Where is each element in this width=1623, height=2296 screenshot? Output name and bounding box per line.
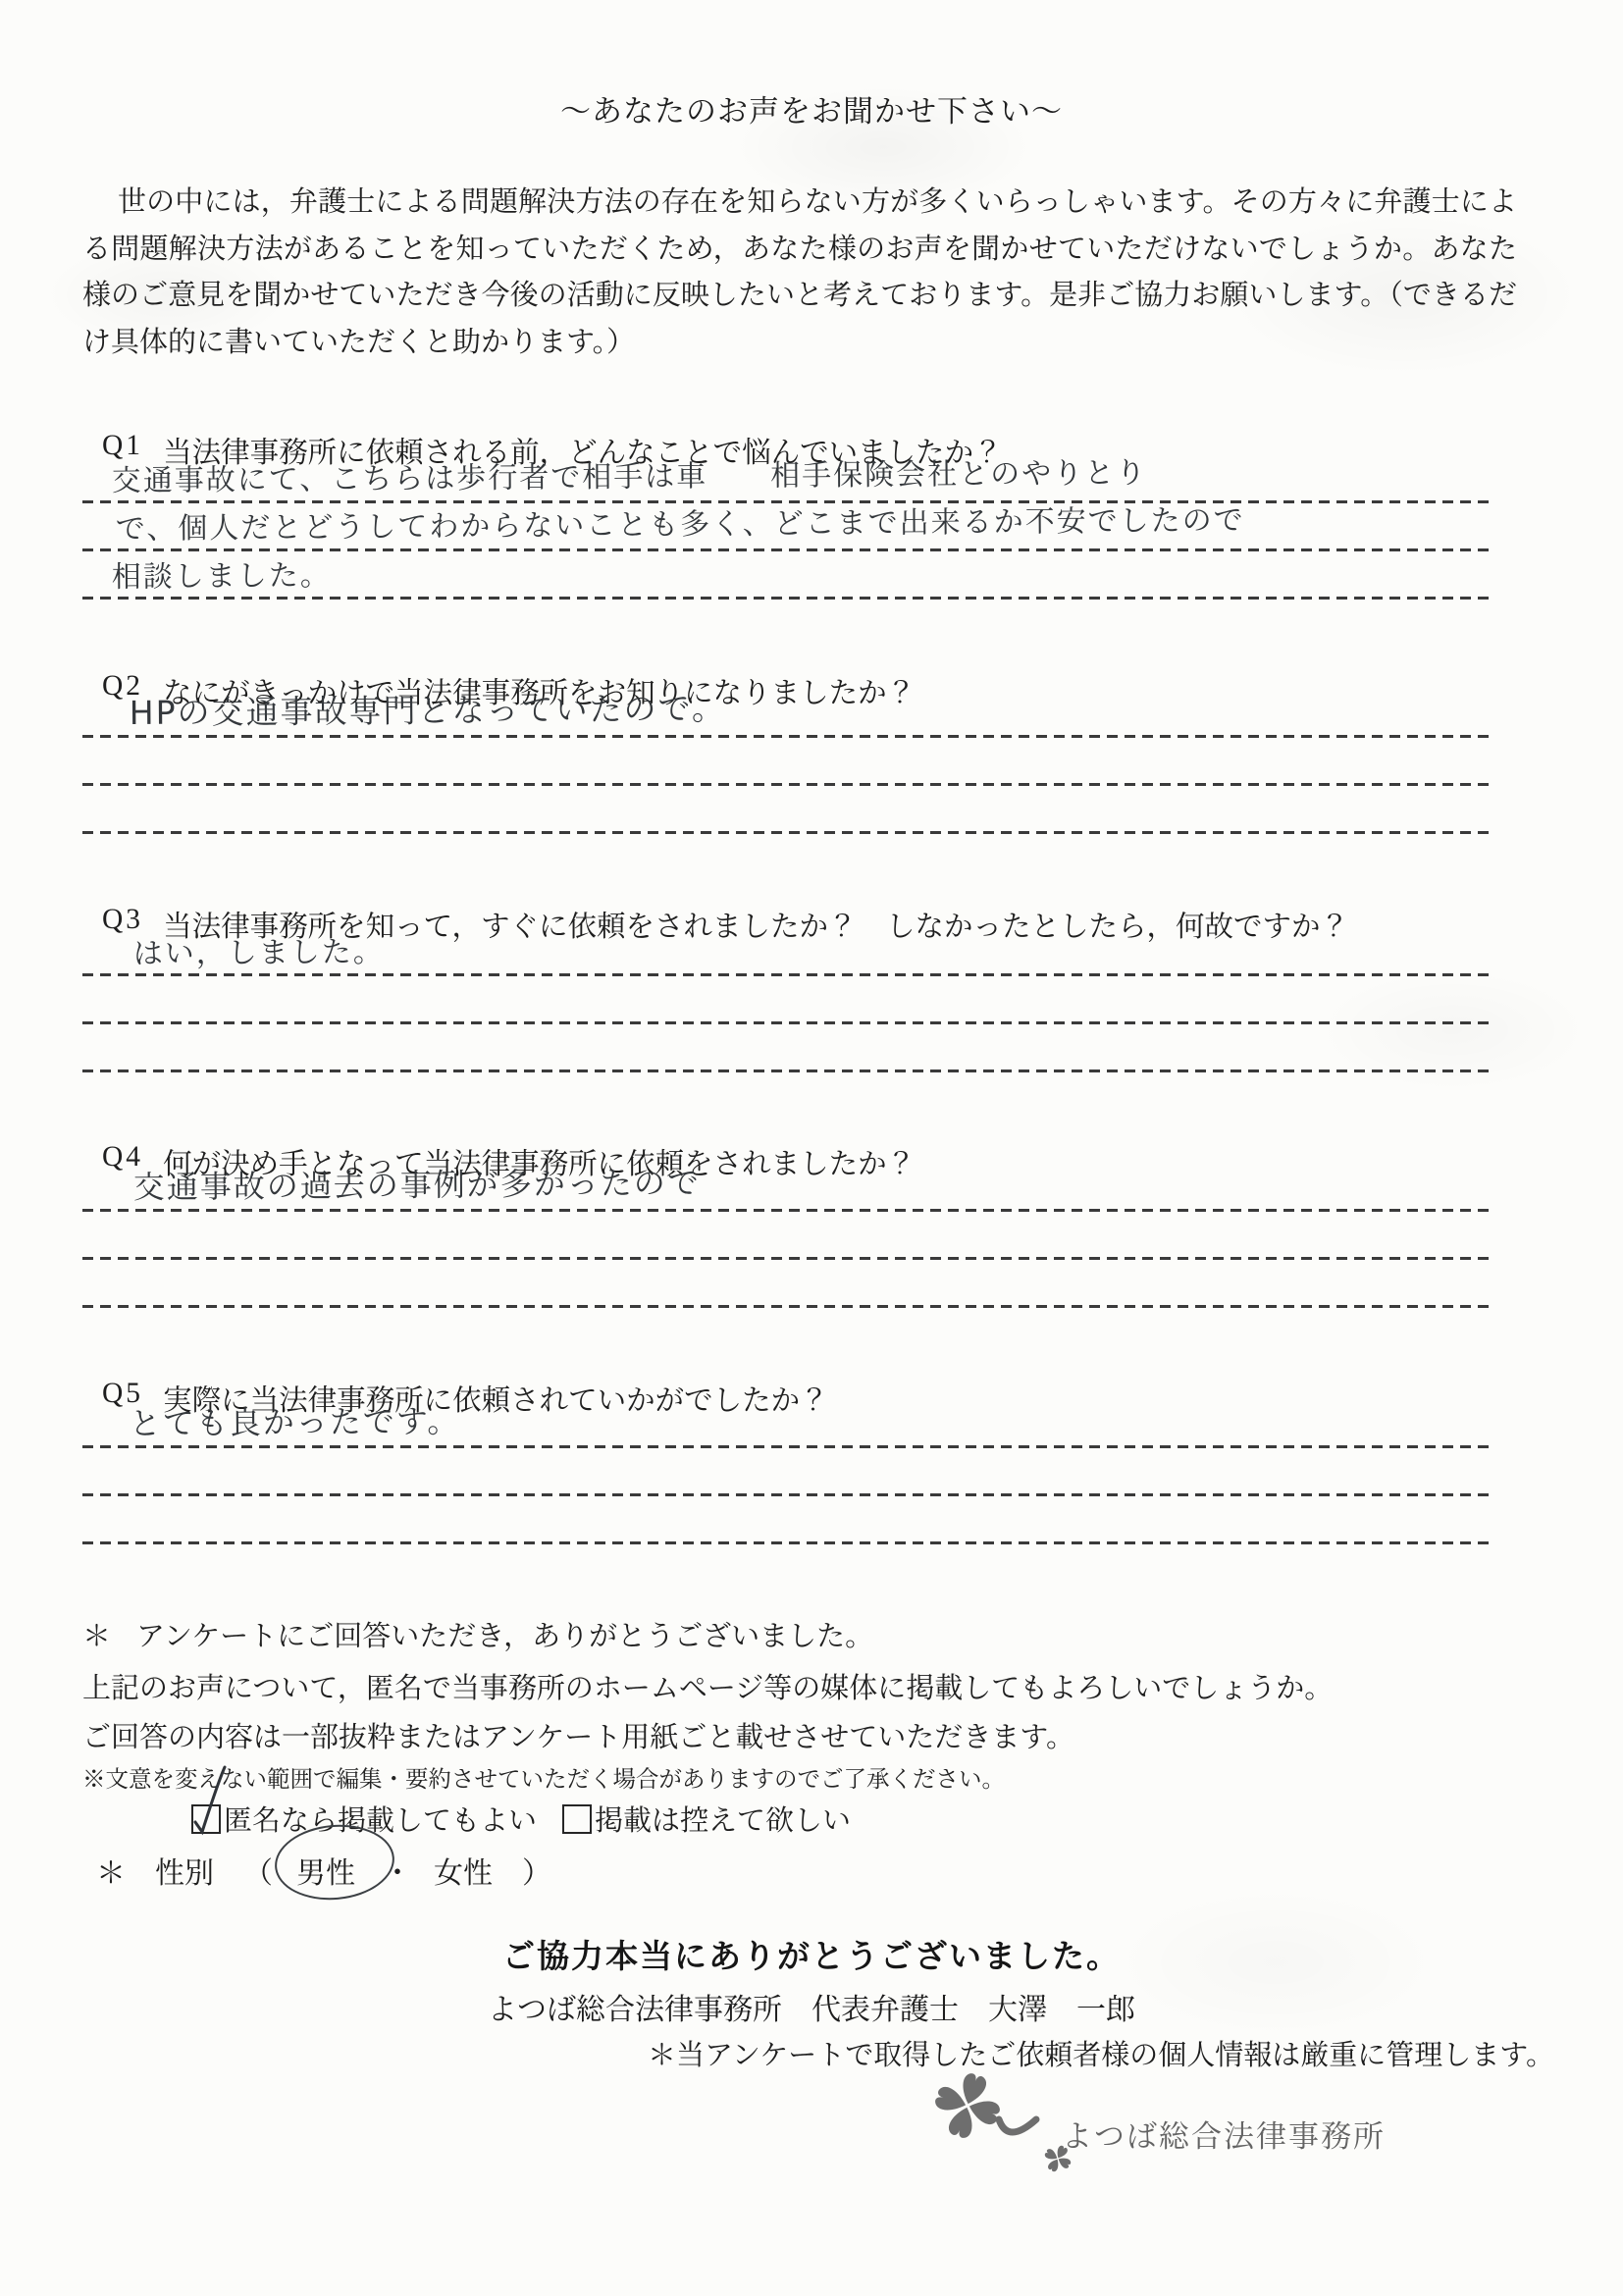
asterisk-marker: ＊: [82, 1614, 111, 1654]
handwritten-checkmark-icon: [188, 1765, 232, 1840]
checkbox-allow-label: 匿名なら掲載してもよい: [224, 1799, 537, 1839]
dashed-rule: [82, 597, 1492, 600]
asterisk-marker: ＊: [96, 1849, 126, 1892]
question-5-answer-area: とても良かったです。: [82, 1400, 1492, 1544]
closing-thanks: ご協力本当にありがとうございました。: [0, 1931, 1623, 1977]
handwritten-answer: 相談しました。: [112, 550, 332, 596]
answer-line: 交通事故の過去の事例が多かったので: [82, 1164, 1492, 1212]
handwritten-answer: とても良かったです。: [130, 1396, 461, 1444]
question-2-answer-area: HPの交通事故専門となっていたので。: [82, 690, 1492, 834]
office-representative-line: よつば総合法律事務所 代表弁護士 大澤 一郎: [0, 1985, 1623, 2028]
clover-logo-icon: [913, 2059, 1079, 2191]
checkbox-box: [191, 1804, 221, 1834]
handwritten-answer: HPの交通事故専門となっていたので。: [130, 683, 726, 734]
open-paren: （: [243, 1849, 273, 1892]
publish-question-line2: ご回答の内容は一部抜粋またはアンケート用紙ごと載せさせていただきます。: [82, 1715, 1074, 1755]
dashed-rule: [82, 1305, 1492, 1309]
question-3-answer-area: はい，しました。: [82, 928, 1492, 1072]
page-title: ～あなたのお声をお聞かせ下さい～: [0, 86, 1623, 130]
answer-line: HPの交通事故専門となっていたので。: [82, 690, 1492, 738]
answer-line: で、個人だとどうしてわからないことも多く、どこまで出来るか不安でしたので: [82, 503, 1492, 551]
logo-office-name: よつば総合法律事務所: [1062, 2112, 1386, 2156]
privacy-note: ＊当アンケートで取得したご依頼者様の個人情報は厳重に管理します。: [648, 2033, 1554, 2073]
handwritten-answer: 交通事故の過去の事例が多かったので: [133, 1158, 701, 1208]
thanks-line: ＊アンケートにご回答いただき，ありがとうございました。: [82, 1614, 873, 1654]
publish-question-line1: 上記のお声について，匿名で当事務所のホームページ等の媒体に掲載してもよろしいでし…: [82, 1666, 1333, 1706]
question-4-answer-area: 交通事故の過去の事例が多かったので: [82, 1164, 1492, 1308]
checkbox-box: [562, 1804, 592, 1834]
handwritten-answer: 交通事故にて、こちらは歩行者で相手は車 相手保険会社とのやりとり: [112, 448, 1148, 499]
intro-paragraph: 世の中には，弁護士による問題解決方法の存在を知らない方が多くいらっしゃいます。そ…: [82, 180, 1517, 366]
checkbox-decline-publication: 掲載は控えて欲しい: [562, 1799, 851, 1839]
gender-row: ＊ 性別 （ 男性 ・ 女性 ）: [96, 1849, 551, 1892]
thanks-text: アンケートにご回答いただき，ありがとうございました。: [136, 1621, 873, 1652]
answer-line: [82, 1260, 1492, 1308]
handwritten-answer: はい，しました。: [133, 927, 385, 972]
dashed-rule: [82, 1070, 1492, 1073]
gender-option-female: 女性: [434, 1849, 493, 1892]
answer-line: [82, 1024, 1492, 1072]
checkbox-decline-label: 掲載は控えて欲しい: [595, 1799, 851, 1839]
answer-line: [82, 738, 1492, 786]
gender-option-male: 男性: [290, 1849, 361, 1892]
handwritten-answer: で、個人だとどうしてわからないことも多く、どこまで出来るか不安でしたので: [116, 496, 1245, 548]
answer-line: 交通事故にて、こちらは歩行者で相手は車 相手保険会社とのやりとり: [82, 455, 1492, 503]
answer-line: [82, 1448, 1492, 1496]
answer-line: [82, 1212, 1492, 1260]
answer-line: [82, 1496, 1492, 1544]
close-paren: ）: [522, 1849, 551, 1892]
survey-scan-page: ～あなたのお声をお聞かせ下さい～ 世の中には，弁護士による問題解決方法の存在を知…: [0, 0, 1623, 2296]
answer-line: はい，しました。: [82, 928, 1492, 976]
answer-line: [82, 976, 1492, 1024]
gender-label: 性別: [155, 1849, 214, 1892]
answer-line: [82, 786, 1492, 834]
answer-line: 相談しました。: [82, 551, 1492, 600]
dashed-rule: [82, 831, 1492, 835]
dashed-rule: [82, 1541, 1492, 1545]
answer-line: とても良かったです。: [82, 1400, 1492, 1448]
question-1-answer-area: 交通事故にて、こちらは歩行者で相手は車 相手保険会社とのやりとり で、個人だとど…: [82, 455, 1492, 600]
